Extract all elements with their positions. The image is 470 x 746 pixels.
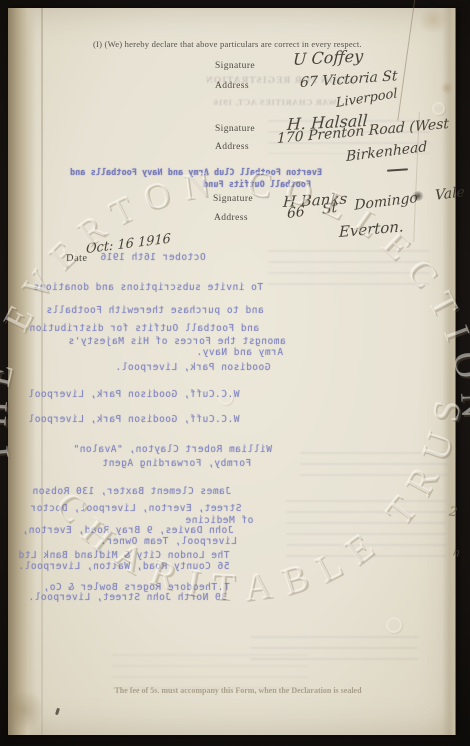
bleedthrough-title-2: WAR CHARITIES ACT, 1916 [213,97,337,107]
bleedthrough-typed-line: John Davies, 9 Bray Road, Everton, [22,525,233,536]
bleedthrough-typed-line: Liverpool, Team Owner. [100,536,237,547]
bleedthrough-typed-line: To invite subscriptions and donations [33,282,263,293]
embossed-dot [386,617,402,633]
bleedthrough-typed-line: amongst the Forces of His Majesty's [68,336,286,347]
bleedthrough-smudge [286,500,446,562]
bleedthrough-typed-line: Goodison Park, Liverpool. [115,362,271,373]
signature-label-3: Signature [213,194,253,204]
bleedthrough-smudge [300,452,448,478]
date-label: Date [66,253,87,264]
bleedthrough-typed-line: 30 North John Street, Liverpool. [28,592,227,603]
bleedthrough-stamp-line1: Everton Football Club Army and Navy Foot… [70,167,322,177]
bleedthrough-typed-line: Street, Everton, Liverpool, Doctor [30,503,241,514]
address-label-3: Address [214,213,248,223]
edge-pen-mark: 2 [448,504,459,520]
bleedthrough-typed-line: The London City & Midland Bank Ltd [18,550,229,561]
scanned-document-photo: (I) (We) hereby declare that above parti… [0,0,470,746]
binding-edge [8,8,36,735]
bleedthrough-typed-line: Formby, Forwarding Agent [102,458,251,469]
bleedthrough-typed-line: James Clement Baxter, 130 Robson [32,486,231,497]
address-label-2: Address [215,142,249,152]
bleedthrough-smudge [112,654,308,690]
paper-stain [8,690,42,730]
bleedthrough-stamp-line2: Football Outfits Fund [203,179,311,189]
signature-label-1: Signature [215,61,255,71]
paper-stain [417,7,449,33]
bleedthrough-typed-line: Army and Navy. [196,347,283,358]
bleedthrough-typed-line: William Robert Clayton, "Avalon" [73,444,272,455]
bleedthrough-smudge [268,250,430,292]
bleedthrough-typed-line: W.C.Cuff, Goodison Park, Liverpool [28,389,239,400]
paper-stain [440,82,454,94]
binding-crease [41,8,43,735]
bleedthrough-title-1: ATION FOR REGISTRATION [205,76,355,86]
signature-label-2: Signature [215,124,255,134]
bleedthrough-footer-note: The fee of 5s. must accompany this Form,… [60,686,416,695]
signature-value-1: U Coffey [293,46,364,69]
bleedthrough-typed-line: 56 County Road, Walton, Liverpool. [18,561,229,572]
bleedthrough-typed-line: and Football Outfits for distribution [29,323,259,334]
embossed-dot [432,102,445,115]
bleedthrough-typed-line: and to purchase therewith Footballs [46,305,264,316]
bleedthrough-typed-line: W.C.Cuff, Goodison Park, Liverpool [28,414,239,425]
bleedthrough-date: October 16th 1916 [100,252,206,263]
edge-pen-mark: n [452,545,462,559]
